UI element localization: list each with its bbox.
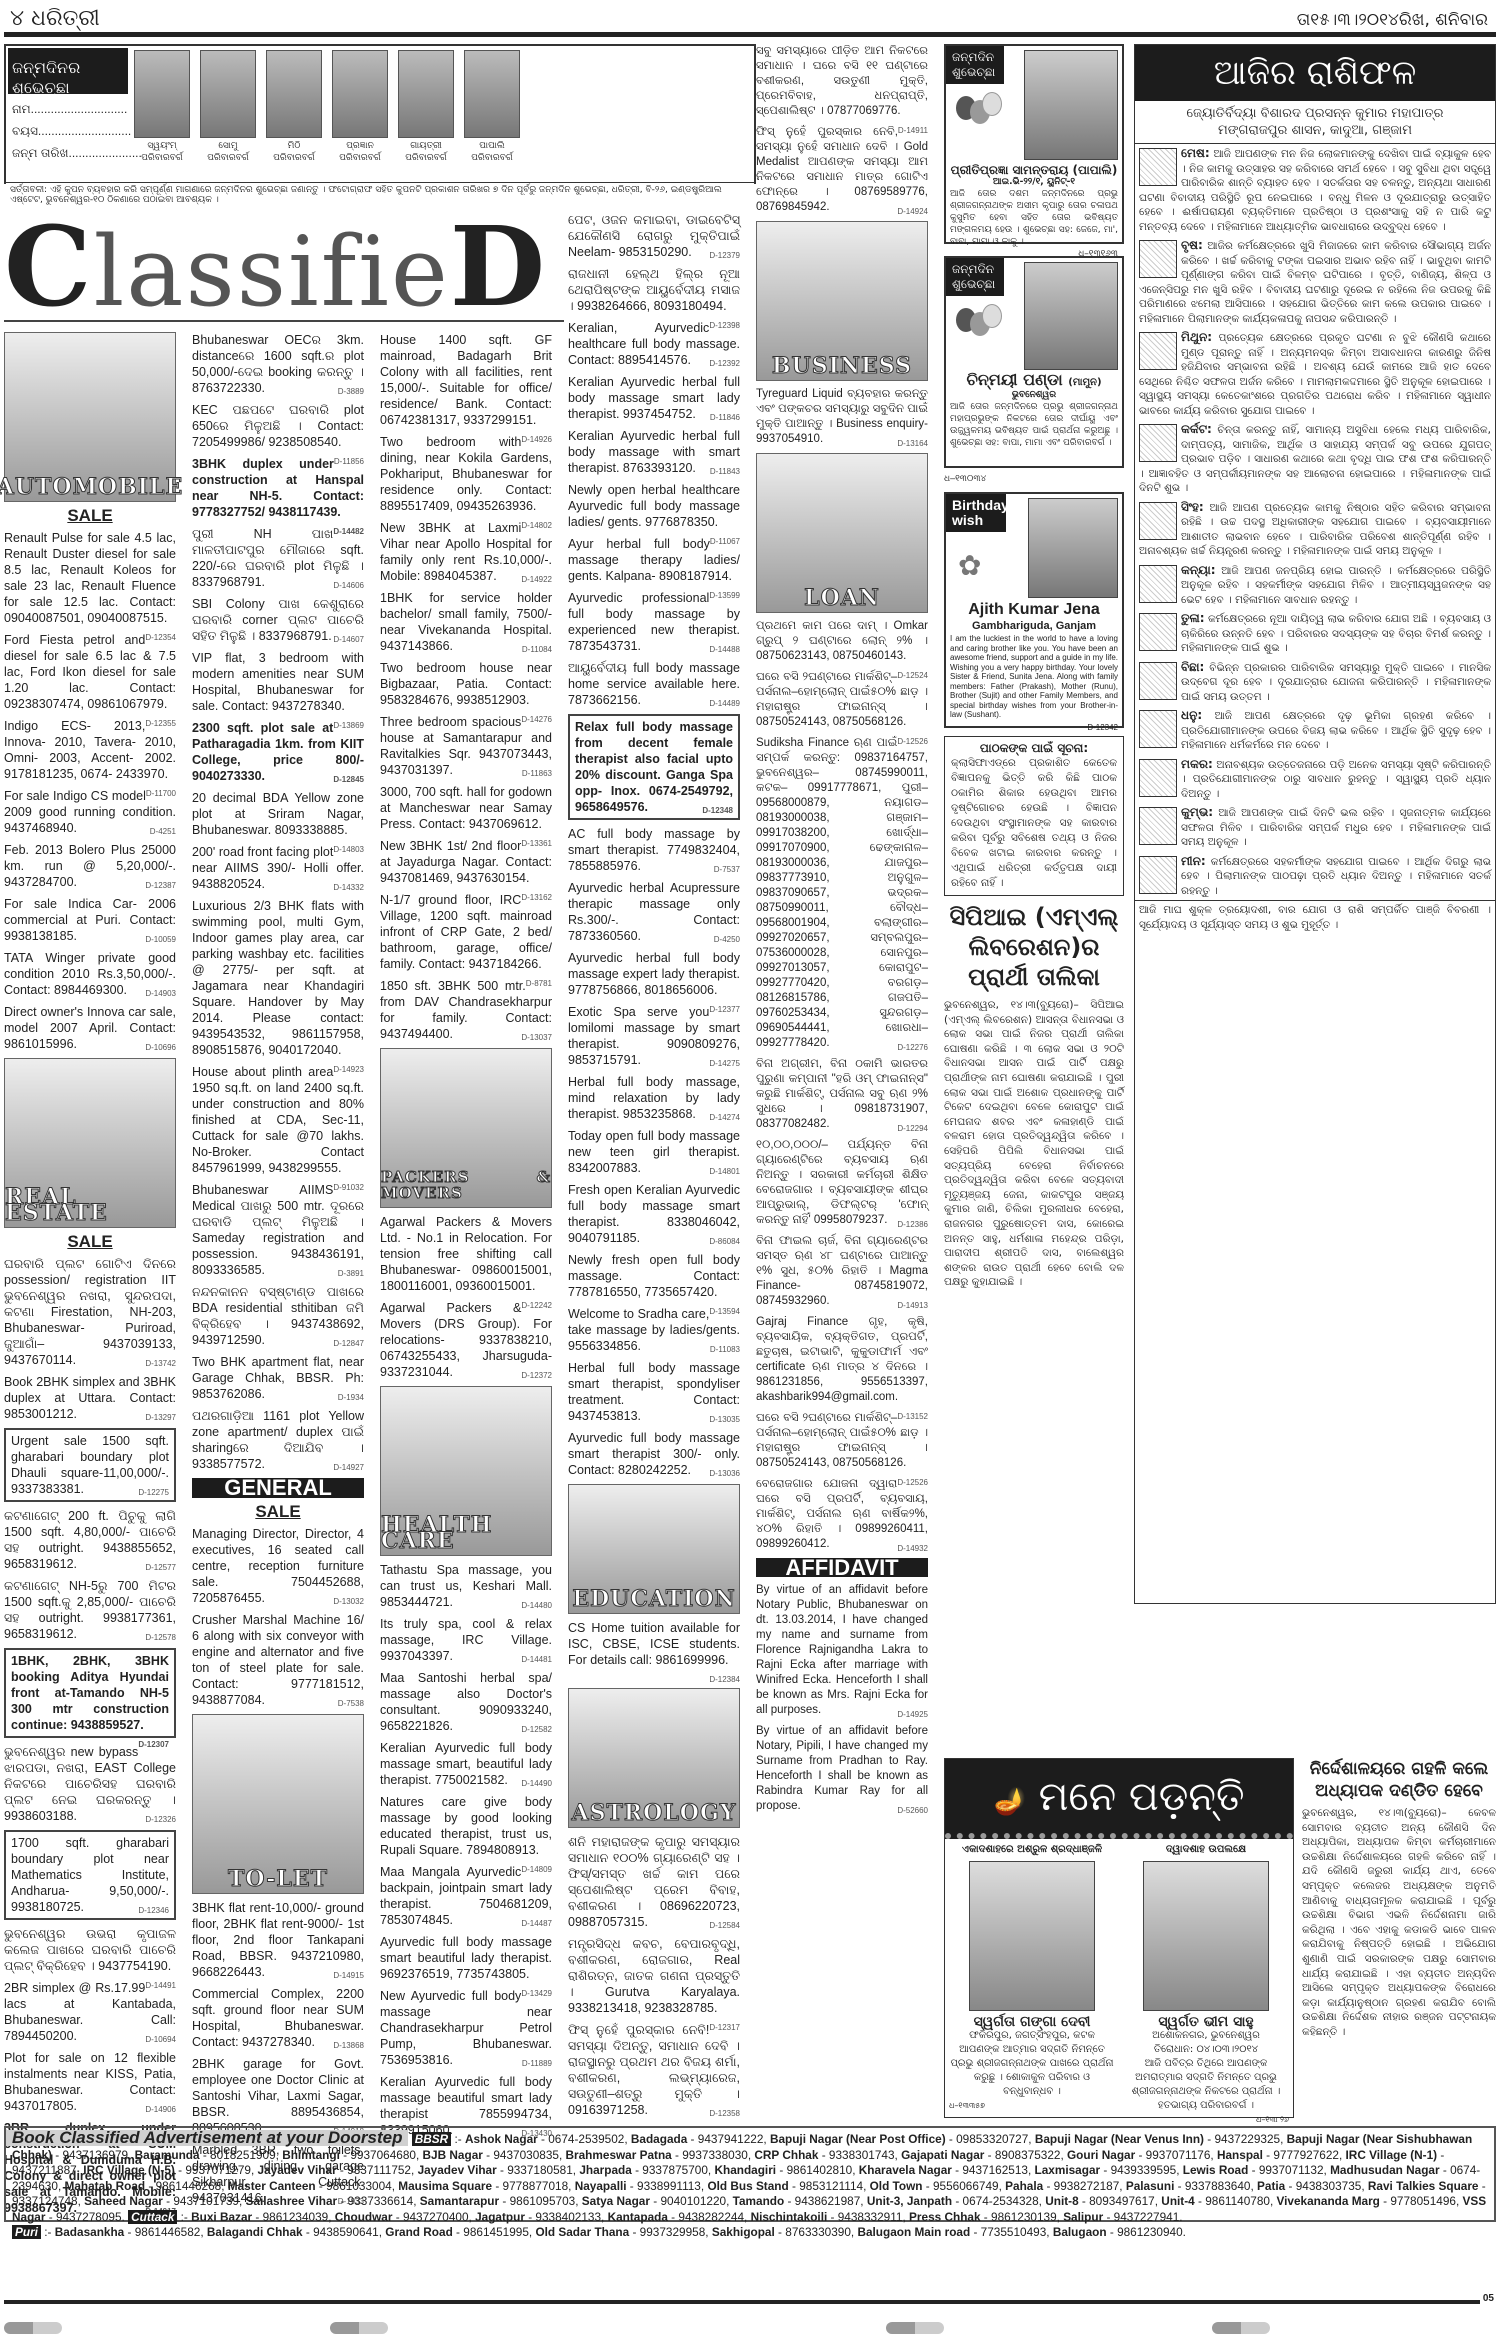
contact-area: Balugaon Main road [857,2225,970,2239]
obituary-place: ଅଶୋକନଗର, ଭୁବନେଶ୍ୱର [1123,2029,1289,2043]
obituary-title: 🪔 ମନେ ପଡ଼ନ୍ତି [945,1759,1293,1839]
column-3: House 1400 sqft. GF mainroad, Badagarh B… [380,332,552,2144]
wish-code: ଧ–୧୩୦୩୪ [944,470,1124,486]
contact-area: Mahatab Road [65,2179,146,2193]
dob-field[interactable]: ଜନ୍ମ ତାରିଖ...................... [12,142,142,164]
contact-entry: Nischintakoili - 9438332911, [751,2210,909,2224]
zodiac-icon [1139,662,1177,700]
ad-code: D-14913 [897,1298,928,1313]
ad-code: D-13164 [897,436,928,451]
horoscope-sign: ମୀନ: କର୍ମକ୍ଷେତ୍ରରେ ସହକର୍ମୀଙ୍କ ସହଯୋଗ ପାଇବ… [1135,852,1495,901]
obituary-person: ଦ୍ୱାଦଶାହ ଉପଲକ୍ଷେ ସ୍ୱର୍ଗତ ଭୀମ ସାହୁ ଅଶୋକନଗ… [1119,1839,1293,2131]
ad-text: House about plinth area 1950 sq.ft. on l… [192,1065,364,1175]
horoscope-sign: ସିଂହ: ଆଜି ଆପଣ ପ୍ରତ୍ୟେକ କାମକୁ ନିଷ୍ଠାର ସହି… [1135,498,1495,561]
footer-rule [4,2300,1480,2304]
astrology-banner-label: ASTROLOGY [572,1805,737,1827]
kid-card: ମିଠିପରିବାରବର୍ଗ [266,50,322,164]
contact-phone: 9556066749 [933,2179,999,2193]
contact-entry: Satya Nagar - 9040101220, [582,2194,733,2208]
contact-entry: Press Chhak - 9861230139, [909,2210,1063,2224]
horoscope-sign: ବୃଷ: ଆଜିର କର୍ମକ୍ଷେତ୍ରରେ ଖୁସି ମିଜାଜରେ କାମ… [1135,236,1495,328]
ad-code: D-13036 [709,1466,740,1482]
city-label-bbsr: BBSR [412,2132,451,2146]
ad-text: Ayurvedic full body massage smart beauti… [380,1935,552,1981]
classified-ad: ଭୁବନେଶ୍ୱର ଉଭରା କୃପାଜଳ କଲେଜ ପାଖରେ ଘରବାରି … [4,1926,176,1974]
ad-text: ଫିସ୍ ନୁହେଁ ପୁରସ୍କାର ନେବି! ସମସ୍ୟା ଦିଅନ୍ତୁ… [568,2023,740,2117]
contact-area: BJB Nagar [423,2148,483,2162]
contact-entry: Bapuji Nagar (Near Venus Inn) - 94372293… [1035,2132,1287,2146]
ad-code: D-12387 [145,878,176,894]
classified-ad: VIP flat, 3 bedroom with modern amenitie… [192,650,364,714]
classified-ad: Crusher Marshal Machine 16/ 6 along with… [192,1612,364,1708]
horoscope-author: ଜ୍ୟୋତିର୍ବିଦ୍ୟା ବିଶାରଦ ପ୍ରସନ୍ନ କୁମାର ମହାପ… [1135,101,1495,144]
contact-area: Old Bus Stand [707,2179,788,2193]
ad-code: D-14275 [709,1056,740,1072]
kid-card: ପାପାଲିପରିବାରବର୍ଗ [464,50,520,164]
classified-ad: House 1400 sqft. GF mainroad, Badagarh B… [380,332,552,428]
contact-phone: 09853320727 [956,2132,1028,2146]
zodiac-icon [1139,856,1177,894]
contact-entry: Grand Road - 9861451995, [385,2225,535,2239]
classified-ad: Feb. 2013 Bolero Plus 25000 km. run @ 5,… [4,842,176,890]
contact-entry: Brahmeswar Patna - 9937338030, [566,2148,755,2162]
ad-text: VIP flat, 3 bedroom with modern amenitie… [192,651,364,713]
contact-phone: 7735510493 [981,2225,1047,2239]
ad-text: Sudiksha Finance ଋଣ ପାଇଁ ସମ୍ପର୍କ କରନ୍ତୁ:… [756,737,928,1049]
ad-code: D-12354 [145,630,176,646]
contact-entry: Badagada - 9437941222, [631,2132,770,2146]
ad-code: D-11889 [522,2056,552,2072]
contact-phone: 9437162513 [962,2163,1028,2177]
ad-code: D-13037 [521,1030,552,1046]
contact-entry: Jayadev Vihar - 9337180581, [418,2163,580,2177]
horoscope-title: ଆଜିର ରାଶିଫଳ [1135,45,1495,101]
classified-ad: ଆୟୁର୍ବେଦୀୟ full body massage home servic… [568,660,740,708]
age-field[interactable]: ବୟସ............................ [12,120,142,142]
ad-code: D-11856 [334,454,364,470]
ad-code: D-14490 [521,1776,552,1792]
contact-entry: Gouri Nagar - 9937071176, [1067,2148,1217,2162]
ad-code: D-14925 [897,1707,928,1722]
lamp-icon: 🪔 [994,1787,1026,1817]
ad-code: D-13035 [709,1412,740,1428]
notice-text: କ୍ଲାସିଫାଏଡ୍‌ରେ ପ୍ରକାଶିତ କେତେକ ବିଜ୍ଞାପନକୁ… [951,756,1117,891]
ad-code: D-91032 [333,1180,364,1196]
classified-ad: Fresh open Keralian Ayurvedic full body … [568,1182,740,1246]
kid-name: ପ୍ରଜ୍ଞାନ [332,140,388,152]
ad-text: CS Home tuition available for ISC, CBSE,… [568,1621,740,1667]
news-body: ଭୁବନେଶ୍ୱର, ୧୪।୩(ବ୍ୟୁରୋ)– ସିପିଆଇ (ଏମ୍‌ଏଲ୍… [944,998,1124,1290]
classified-ad: Newly open herbal healthcare Ayurvedic f… [568,482,740,530]
zodiac-icon [1139,759,1177,797]
contact-area: Pahala [1005,2179,1043,2193]
ad-text: Relax full body massage from decent fema… [575,720,733,814]
contact-phone: 0674-2534328 [963,2194,1039,2208]
ad-code: D-14922 [521,572,552,588]
contact-phone: 9778877018 [503,2179,569,2193]
ad-code: D-1934 [338,1390,364,1406]
ad-code: D-13361 [521,836,552,852]
balloons-icon [956,308,1006,368]
contact-area: Jharpada [579,2163,631,2177]
ad-text: ବିନା ଅଗ୍ରୀମ, ବିନା ଠକାମି ଭାରତର ପୁରୁଣା କମ୍… [756,1058,928,1130]
contact-area: Unit-3, Janpath [867,2194,952,2208]
contact-entry: Laxmisagar - 9439339595, [1035,2163,1183,2177]
ad-text: Newly open herbal healthcare Ayurvedic f… [568,483,740,529]
zodiac-icon [1139,424,1177,462]
ad-code: D-12577 [145,1560,176,1576]
contact-entry: Sakhigopal - 8763330390, [712,2225,858,2239]
ad-code: D-12377 [709,1002,740,1018]
sign-name: ଧନୁ: [1181,708,1202,722]
classified-ad: For sale Indica Car- 2006 commercial at … [4,896,176,944]
ad-code: D-12578 [145,1630,176,1646]
ad-text: Crusher Marshal Machine 16/ 6 along with… [192,1613,364,1707]
balloons-icon [956,96,1006,156]
contact-entry: Bhimtangi - 9937064680, [282,2148,422,2162]
contact-area: Badagada [631,2132,687,2146]
classified-ad: SBI Colony ପାଖ କେଶୁରାରେ ଘରବାରି corner ପ୍… [192,596,364,644]
contact-phone: 9861230139 [991,2210,1057,2224]
education-banner-label: EDUCATION [572,1591,735,1613]
contact-area: Press Chhak [909,2210,980,2224]
contact-area: Vivekananda Marg [1277,2194,1380,2208]
ad-code: D-12398 [709,318,740,334]
ad-text: Luxurious 2/3 BHK flats with swimming po… [192,899,364,1057]
classified-ad: Ayurvedic full body massage smart beauti… [380,1934,552,1982]
contact-area: Satya Nagar [582,2194,650,2208]
ad-code: D-4250 [714,932,740,948]
ad-text: ଶନି ମହାରାଜଙ୍କ କୃପାରୁ ସମସ୍ୟାର ସମାଧାନ ୧୦୦%… [568,1835,740,1929]
ad-code: D-11083 [710,1342,740,1358]
classified-ad: Herbal full body massage, mind relaxatio… [568,1074,740,1122]
obituary-photo [1143,1861,1269,2011]
ad-code: D-13297 [145,1410,176,1426]
contact-area: Kharavela Nagar [859,2163,952,2177]
contact-phone: 9937071279 [185,2163,251,2177]
contact-phone: 9337111752 [347,2163,411,2177]
horoscope-sign: ମକର: ଅନାବଶ୍ୟକ ଉତ୍ତେଜନାରେ ପଡ଼ି ଅନେକ ସମସ୍ୟ… [1135,755,1495,804]
contact-area: Laxmisagar [1035,2163,1101,2177]
contact-entry: Choudwar - 9437270400, [335,2210,475,2224]
contact-phone: 9437030835 [493,2148,559,2162]
contact-entry: Badasankha - 9861446582, [55,2225,207,2239]
ad-code: D-13869 [333,718,364,734]
classified-ad: ଭୁବନେଶ୍ୱର new bypass ଝାରପଡା, ନଖରା, EAST … [4,1744,176,1824]
sign-name: ବିଛା: [1181,660,1204,674]
city-label-cuttack: Cuttack [128,2210,177,2224]
contact-area: Samantarapur [420,2194,499,2208]
wish-label: ଜନ୍ମଦିନ ଶୁଭେଚ୍ଛା [946,46,1004,84]
obituary-name: ସ୍ୱର୍ଗତା ଗଙ୍ଗା ଦେବୀ [949,2015,1115,2029]
ad-code: D-14915 [333,1968,364,1984]
contact-phone: 9337336614 [348,2194,414,2208]
contact-entry: Buxi Bazar - 9861234039, [191,2210,335,2224]
ad-code: D-14481 [521,1652,552,1668]
kid-family: ପରିବାରବର୍ଗ [134,152,190,164]
contact-area: Bapuji Nagar (Near Venus Inn) [1035,2132,1204,2146]
ad-code: D-13594 [709,1304,740,1320]
horoscope-sign: ତୁଳା: କର୍ମକ୍ଷେତ୍ରରେ ନୂଆ ଦାୟିତ୍ୱ ଲାଭ କରିବ… [1135,609,1495,658]
ad-code: D-12358 [709,2106,740,2122]
contact-area: Nischintakoili [751,2210,828,2224]
classified-ad: Tathastu Spa massage, you can trust us, … [380,1562,552,1610]
horoscope-sign: ମିଥୁନ: ପ୍ରତ୍ୟେକ କ୍ଷେତ୍ରରେ ପ୍ରକୃତ ଘଟଣା ନ … [1135,328,1495,420]
wish-message: ଆଜି ତୋର ଜନ୍ମଦିନରେ ପ୍ରଭୁ ଶ୍ରୀଜଗନ୍ନାଥ ମହାପ… [950,401,1118,449]
page-tab [886,2322,944,2334]
contact-entry: Mahatab Road - 9861446268, [65,2179,228,2193]
zodiac-icon [1139,240,1177,278]
classified-ad: Two BHK apartment flat, near Garage Chha… [192,1354,364,1402]
contact-entry: Unit-8 - 8093497617, [1045,2194,1161,2208]
ad-code: D-14606 [333,578,364,594]
contact-area: Old Town [870,2179,923,2193]
wish-label: Birthday wish [946,494,1006,532]
packers-movers-banner: PACKERS & MOVERS [380,1048,552,1208]
contact-entry: Jharpada - 9337875700, [579,2163,714,2177]
contact-entry: Saheed Nagar - 9437101739, [84,2194,245,2208]
classified-ad: Bhubaneswar AIIMS Medical ପାଖରୁ 500 mtr.… [192,1182,364,1278]
sign-name: ତୁଳା: [1181,611,1205,625]
ad-code: D-11863 [522,766,552,782]
contact-phone: 9861402810 [787,2163,853,2177]
sign-text: କର୍ମକ୍ଷେତ୍ରରେ ନୂଆ ଦାୟିତ୍ୱ ଲାଭ କରିବାର ଯୋଗ… [1181,613,1491,654]
sign-text: ଅନାବଶ୍ୟକ ଉତ୍ତେଜନାରେ ପଡ଼ି ଅନେକ ସମସ୍ୟା ସୃଷ… [1181,759,1491,800]
obituary-message: ଆପଣଙ୍କ ଆତ୍ମାର ସଦ୍‌ଗତି ନିମନ୍ତେ ପ୍ରଭୁ ଶ୍ରୀ… [949,2043,1115,2099]
classified-ad: Ayurvedic herbal full body massage exper… [568,950,740,998]
ad-text: Bhubaneswar AIIMS Medical ପାଖରୁ 500 mtr.… [192,1183,364,1277]
ad-text: ବିନା ଫାଇଲ ଚାର୍ଜ, ବିନା ଗ୍ୟାରେଣ୍ଟର ସମସ୍ତ ଋ… [756,1235,928,1307]
classified-ad: By virtue of an affidavit before Notary … [756,1583,928,1718]
ad-code: D-3889 [338,384,364,400]
ad-code: D-14903 [145,986,176,1002]
ad-code: D-12317 [709,2020,740,2036]
ad-text: Ayurvedic herbal full body massage exper… [568,951,740,997]
contact-phone: 9437278095 [56,2210,122,2224]
classified-ad: Direct owner's Innova car sale, model 20… [4,1004,176,1052]
business-banner-label: BUSINESS [772,359,912,380]
kid-name: ସୋମୁ [200,140,256,152]
obituary-place: ଫକିରପୁର, ଜଗତ୍‌ସିଂହପୁର, କଟକ [949,2029,1115,2043]
sign-text: ଆଜିର କର୍ମକ୍ଷେତ୍ରରେ ଖୁସି ମିଜାଜରେ କାମ କରିବ… [1139,240,1491,325]
contact-entry: Lewis Road - 9937071132, [1183,2163,1330,2177]
contact-phone: 9937064680 [350,2148,416,2162]
page-tab [4,2322,62,2334]
real-estate-banner-label: REAL ESTATE [5,1189,175,1227]
classified-booking-box: Book Classified Advertisement at your Do… [4,2126,1496,2222]
ad-code: D-14489 [709,696,740,712]
kid-name: ପାପାଲି [464,140,520,152]
contact-entry: Sailashree Vihar - 9337336614, [246,2194,420,2208]
ad-code: D-11846 [710,410,740,426]
ad-code: D-14932 [897,1541,928,1556]
classified-ad: Renault Pulse for sale 4.5 lac, Renault … [4,530,176,626]
contact-entry: Bapuji Nagar (Near Post Office) - 098533… [770,2132,1035,2146]
news-article-2: ନିର୍ଦ୍ଦେଶାଳୟରେ ଗହଳି କଲେ ଅଧ୍ୟାପକ ଦଣ୍ଡିତ ହ… [1302,1758,1496,2040]
horoscope-sign: କନ୍ୟା: ଆଜି ଆପଣ ଜନପ୍ରିୟ ହୋଇ ପାରନ୍ତି । କର୍… [1135,561,1495,610]
classified-ad: 1BHK, 2BHK, 3BHK booking Aditya Hyundai … [4,1648,176,1738]
classified-ad: Urgent sale 1500 sqft. gharabari boundar… [4,1428,176,1502]
classified-ad: Keralian Ayurvedic full body massage sma… [380,1740,552,1788]
classified-ad: Gajraj Finance ଗୃହ, କୃଷି, ବ୍ୟବସାୟିକ, ବ୍ୟ… [756,1315,928,1405]
column-1: AUTOMOBILE SALE Renault Pulse for sale 4… [4,332,176,2222]
ad-code: D-14487 [521,1916,552,1932]
ad-text: ଘରବାରି ପ୍ଲଟ ଗୋଟିଏ ଦିନରେ possession/ regi… [4,1257,176,1367]
ad-code: D-12346 [138,1903,169,1919]
kid-card: ସ୍ୱୟଂମ୍ପରିବାରବର୍ଗ [134,50,190,164]
zodiac-icon [1139,148,1177,186]
ad-code: D-7537 [714,862,740,878]
contact-area: Palasuni [1126,2179,1175,2193]
contact-phone: 9437136979 [62,2148,128,2162]
ad-code: D-52660 [897,1803,928,1818]
page-label: ୪ ଧରିତ୍ରୀ [10,6,100,31]
birthday-wish-2: ଜନ୍ମଦିନ ଶୁଭେଚ୍ଛା ଚିନ୍ମୟୀ ପଣ୍ଡା (ମାମୁନ) ଭ… [944,256,1124,468]
contact-phone: 9337883640 [1185,2179,1251,2193]
contact-area: Baramunda [135,2148,200,2162]
wish-code: D-12342 [950,720,1118,736]
astrologer-address: ମଙ୍ଗରାଜପୁର ଶାସନ, କାଦୁଆ, ଗଞ୍ଜାମ [1139,122,1491,139]
obituary-name: ସ୍ୱର୍ଗତ ଭୀମ ସାହୁ [1123,2015,1289,2029]
sign-name: ମିଥୁନ: [1181,330,1212,344]
contact-area: Bhimtangi [282,2148,340,2162]
classified-ad: 3000, 700 sqft. hall for godown at Manch… [380,784,552,832]
horoscope-sign: କୁମ୍ଭ: ଆଜି ଆପଣଙ୍କ ପାଇଁ ଦିନଟି ଭଲ ରହିବ । ସ… [1135,803,1495,852]
kid-photos: ସ୍ୱୟଂମ୍ପରିବାରବର୍ଗସୋମୁପରିବାରବର୍ଗମିଠିପରିବା… [134,50,520,164]
ad-code: D-14491 [145,1978,176,1994]
wish-message: ଆଜି ତୋର ଦଶମ ଜନ୍ମଦିନରେ ପ୍ରଭୁ ଶ୍ରୀଜଗନ୍ନାଥଙ… [950,188,1118,248]
contact-entry: BJB Nagar - 9437030835, [423,2148,566,2162]
contact-entry: IRC Village (N-5) - 9937071279, [83,2163,257,2177]
wish-photo [1028,498,1118,598]
classified-ad: 2BHK garage for Govt. employee one Docto… [192,2056,364,2136]
obituary-photo [969,1861,1095,2011]
education-banner: EDUCATION [568,1484,740,1614]
column-6: ଜନ୍ମଦିନ ଶୁଭେଚ୍ଛା ପ୍ରୀତିପ୍ରଜ୍ଞା ସାମନ୍ତରାୟ… [944,44,1124,1290]
contact-area: Master Canteen [228,2179,316,2193]
contact-entry: Ashok Nagar - 0674-2539502, [465,2132,631,2146]
ad-code: D-12524 [897,668,928,683]
sign-text: ଆଜି ଆପଣଙ୍କ ମନ ନିଜ ଲୋକମାନଙ୍କୁ ଦେଖିବା ପାଇଁ… [1139,148,1491,233]
classified-ad: Ayurvedic full body massage smart therap… [568,1430,740,1478]
classified-ad: 20 decimal BDA Yellow zone plot at Srira… [192,790,364,838]
page-tab [1212,2322,1270,2334]
zodiac-icon [1139,565,1177,603]
ad-code: D-13742 [145,1356,176,1372]
kid-photo [398,50,454,138]
contact-area: Sailashree Vihar [246,2194,338,2208]
loan-banner-label: LOAN [804,591,880,612]
zodiac-icon [1139,332,1177,370]
contact-phone: 9439339595 [1111,2163,1177,2177]
section-heading: SALE [4,1234,176,1250]
kid-family: ପରିବାରବର୍ଗ [266,152,322,164]
contact-area: Choudwar [335,2210,393,2224]
sign-name: ମେଷ: [1181,146,1210,160]
classified-ad: House about plinth area 1950 sq.ft. on l… [192,1064,364,1176]
contact-phone: 9337875700 [642,2163,708,2177]
kid-card: ପ୍ରଜ୍ଞାନପରିବାରବର୍ଗ [332,50,388,164]
ad-code: D-12847 [333,1336,364,1352]
ad-code: D-12355 [145,716,176,732]
ad-code: D-14803 [333,842,364,858]
sign-name: କର୍କଟ: [1181,422,1212,436]
contact-area: Unit-8 [1045,2194,1078,2208]
wish-label: ଜନ୍ମଦିନ ଶୁଭେଚ୍ଛା [946,258,1004,296]
contact-area: Mausima Square [398,2179,492,2193]
contact-phone: 9437227941 [1114,2210,1180,2224]
contact-phone: 9437211887 [12,2163,77,2177]
contact-area: Buxi Bazar [191,2210,252,2224]
ad-text: Renault Pulse for sale 4.5 lac, Renault … [4,531,176,625]
contact-phone: 9937071132 [1259,2163,1324,2177]
contact-entry: Mausima Square - 9778877018, [398,2179,574,2193]
ad-text: Newly fresh open full body massage. Cont… [568,1253,740,1299]
obituary-date: ତିରୋଧାନ: ୦୪।୦୩।୨୦୧୪ [1123,2043,1289,2057]
classified-ad: Tyreguard Liquid ବ୍ୟବହାର କରନ୍ତୁ ଏବଂ ପଙ୍କ… [756,387,928,447]
obituary-title-text: ମନେ ପଡ଼ନ୍ତି [1039,1774,1245,1820]
classified-ad: କଟଣାଗେଟ୍ 200 ft. ପିଚୁକୁ ଲାଗି 1500 sqft. … [4,1508,176,1572]
contact-phone: 9338991113 [637,2179,701,2193]
kid-photo [200,50,256,138]
contact-phone: 9861451995 [463,2225,529,2239]
horoscope-panel: ଆଜିର ରାଶିଫଳ ଜ୍ୟୋତିର୍ବିଦ୍ୟା ବିଶାରଦ ପ୍ରସନ୍… [1134,44,1496,1604]
sign-name: ବୃଷ: [1181,238,1203,252]
column-5: ସବୁ ସମସ୍ୟାରେ ପୀଡ଼ିତ ଆମ ନିକଟରେ ସମାଧାନ । ଘ… [756,44,928,1820]
wish-name: Ajith Kumar Jena [950,602,1118,618]
booking-title: Book Classified Advertisement at your Do… [6,2130,408,2146]
ad-text: By virtue of an affidavit before Notary … [756,1584,928,1716]
kid-family: ପରିବାରବର୍ଗ [200,152,256,164]
ad-text: ମନ୍ତ୍ରସିଦ୍ଧ କବଚ, ବେପାରବୃଦ୍ଧି, ବଶୀକରଣ, ରୋ… [568,1937,740,2015]
ad-code: D-14274 [709,1110,740,1126]
classified-ad: Natures care give body massage by good l… [380,1794,552,1858]
contact-entry: Balagandi Chhak - 9438590641, [207,2225,385,2239]
contact-entry: Salipur - 9437227941. [1063,2210,1182,2224]
contact-area: Balugaon [1053,2225,1107,2239]
contact-entry: Vivekananda Marg - 9778051496, [1277,2194,1463,2208]
contact-area: Bapuji Nagar (Near Post Office) [770,2132,946,2146]
contact-area: Grand Road [385,2225,453,2239]
contact-area: Jayadev Vihar [258,2163,337,2177]
ad-code: D-14926 [521,432,552,448]
ad-text: Natures care give body massage by good l… [380,1795,552,1857]
contact-entry: Patia - 9438303735, [1257,2179,1368,2193]
contact-phone: 9438282244 [678,2210,744,2224]
name-field[interactable]: ନାମ............................. [12,98,142,120]
contact-phone: 9861095703 [510,2194,576,2208]
notice-title: ପାଠକଙ୍କ ପାଇଁ ସୂଚନା: [951,741,1117,756]
contact-phone: 8093497617 [1089,2194,1155,2208]
contact-area: Ravi Talkies Square [1368,2179,1479,2193]
kid-name: ମିଠି [266,140,322,152]
contact-phone: 8908375322 [995,2148,1061,2162]
contact-phone: 0674-2539502 [548,2132,624,2146]
contact-phone: 8763330390 [785,2225,851,2239]
contact-entry: Balugaon Main road - 7735510493, [857,2225,1052,2239]
contact-area: Jagatpur [475,2210,525,2224]
wish-name: ଚିନ୍ମୟୀ ପଣ୍ଡା [966,370,1062,389]
automobile-banner: AUTOMOBILE [4,332,176,502]
classified-ad: Agarwal Packers & Movers Ltd. - No.1 in … [380,1214,552,1294]
ad-code: D-12307 [138,1737,169,1753]
ad-text: ପ୍ରଥମେ କାମ ପରେ ଦାମ୍ । Omkar ଗ୍ରୁପ୍ ୨ ଘଣ୍… [756,620,928,662]
contact-entry: Nayapalli - 9338991113, [575,2179,708,2193]
sign-text: ଆଜି ଆପଣ କ୍ଷେତ୍ରରେ ଦୃଢ଼ ଭୂମିକା ଗ୍ରହଣ କରିବ… [1181,710,1491,751]
sign-text: ଆଜି ଆପଣଙ୍କ ପାଇଁ ଦିନଟି ଭଲ ରହିବ । ସୃଜନାତ୍ମ… [1181,807,1491,848]
ad-code: D-12526 [897,734,928,749]
ad-text: 1BHK, 2BHK, 3BHK booking Aditya Hyundai … [11,1654,169,1732]
